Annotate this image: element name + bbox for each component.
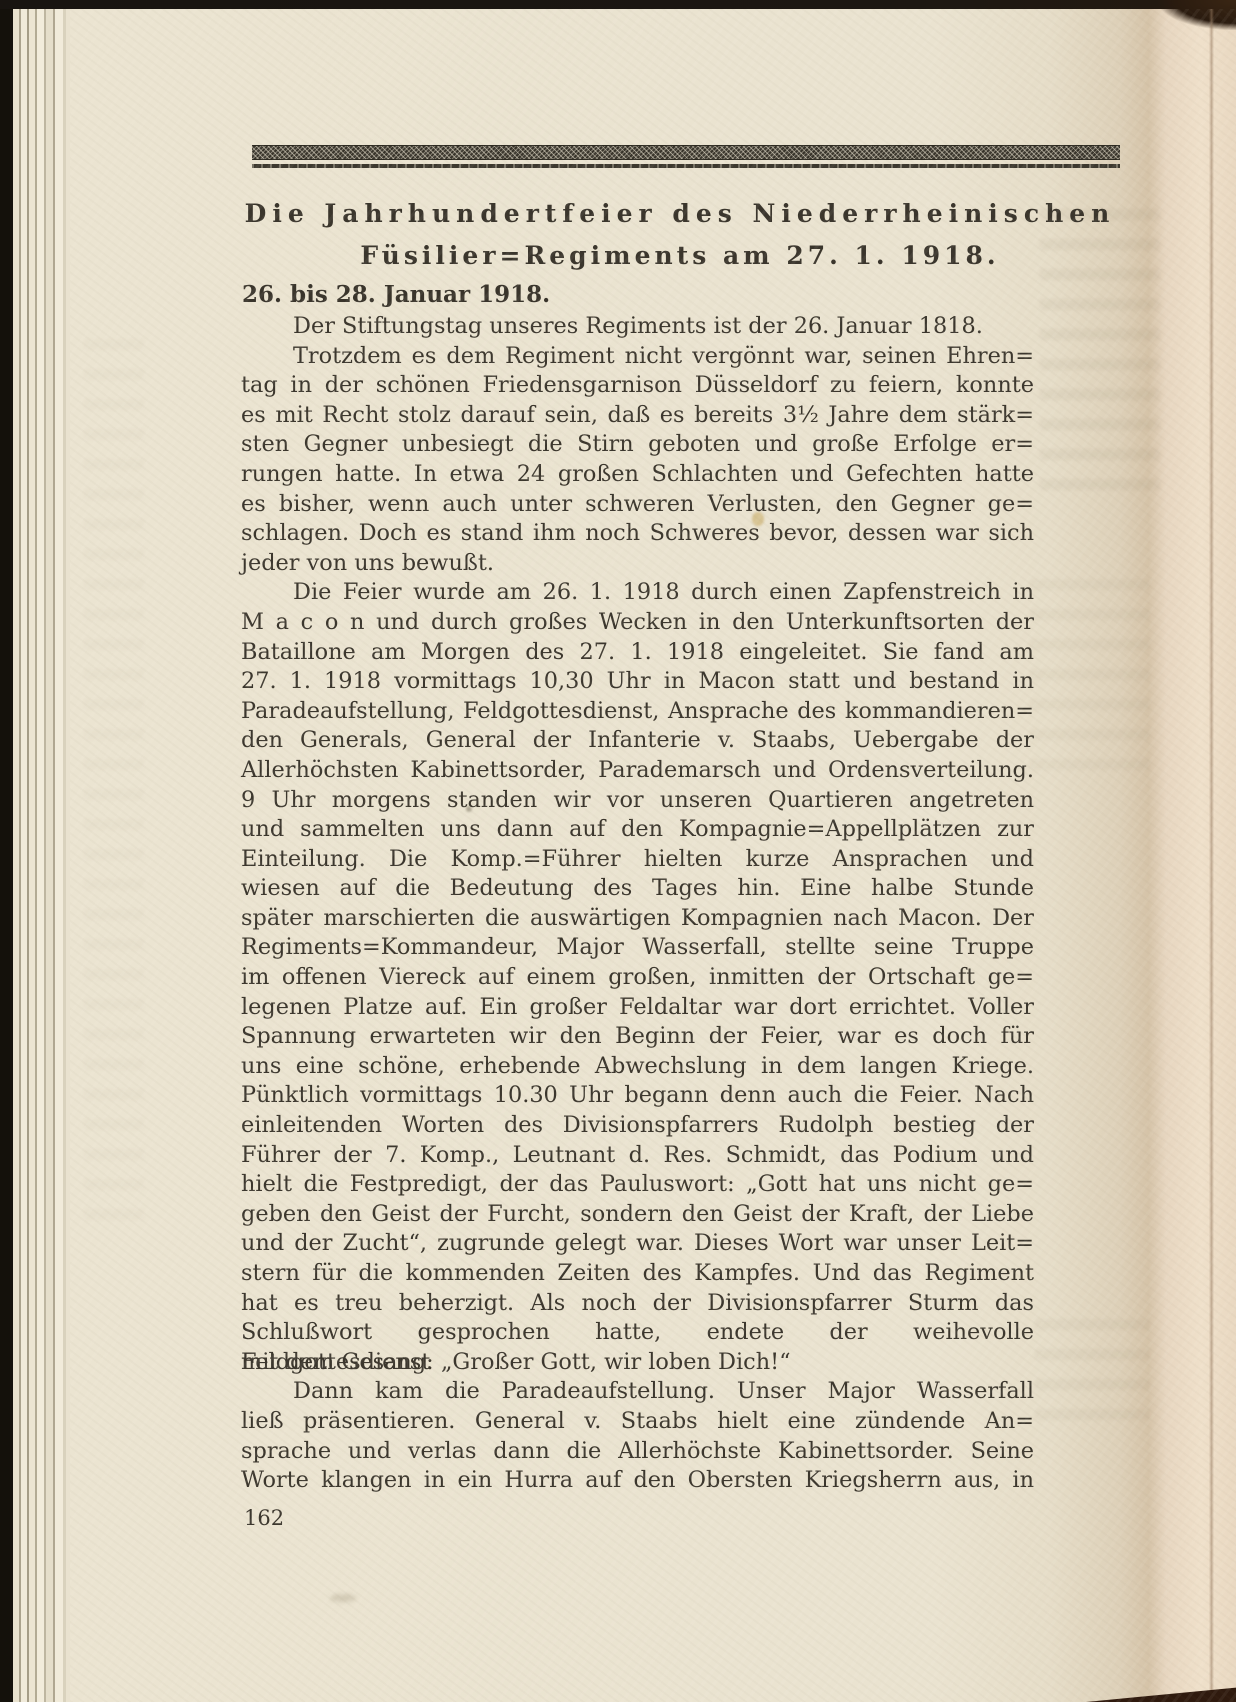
page-gutter-crease (1209, 9, 1214, 1702)
ornamental-rule (252, 145, 1120, 168)
body-line: es mit Recht stolz darauf sein, daß es b… (241, 401, 1034, 431)
body-line: 27. 1. 1918 vormittags 10,30 Uhr in Maco… (241, 667, 1034, 697)
body-line: uns eine schöne, erhebende Abwechslung i… (241, 1052, 1034, 1082)
paragraph: Dann kam die Paradeaufstellung. Unser Ma… (241, 1377, 1034, 1495)
body-line: und der Zucht“, zugrunde gelegt war. Die… (241, 1229, 1034, 1259)
body-line: Der Stiftungstag unseres Regiments ist d… (241, 312, 1034, 342)
body-line: Spannung erwarteten wir den Beginn der F… (241, 1022, 1034, 1052)
body-line: Bataillone am Morgen des 27. 1. 1918 ein… (241, 638, 1034, 668)
paragraph: Der Stiftungstag unseres Regiments ist d… (241, 312, 1034, 342)
body-line: Dann kam die Paradeaufstellung. Unser Ma… (241, 1377, 1034, 1407)
body-line: Die Feier wurde am 26. 1. 1918 durch ein… (241, 578, 1034, 608)
body-line: Schlußwort gesprochen hatte, endete der … (241, 1318, 1034, 1348)
book-page-edges (0, 9, 70, 1702)
scanned-book-page: { "colors": { "paper": "#eae3d0", "ink":… (0, 0, 1236, 1702)
date-heading: 26. bis 28. Januar 1918. (242, 281, 550, 308)
body-line: stern für die kommenden Zeiten des Kampf… (241, 1259, 1034, 1289)
body-line: rungen hatte. In etwa 24 großen Schlacht… (241, 460, 1034, 490)
body-line: schlagen. Doch es stand ihm noch Schwere… (241, 519, 1034, 549)
body-line: und sammelten uns dann auf den Kompagnie… (241, 815, 1034, 845)
body-line: Paradeaufstellung, Feldgottesdienst, Ans… (241, 697, 1034, 727)
body-line: Führer der 7. Komp., Leutnant d. Res. Sc… (241, 1141, 1034, 1171)
body-line: Trotzdem es dem Regiment nicht vergönnt … (241, 342, 1034, 372)
body-line: geben den Geist der Furcht, sondern den … (241, 1200, 1034, 1230)
body-text-column: Der Stiftungstag unseres Regiments ist d… (241, 312, 1034, 1496)
chapter-heading-line2: Füsilier=Regiments am 27. 1. 1918. (240, 235, 1120, 277)
body-line: jeder von uns bewußt. (241, 549, 1034, 579)
body-line: M a c o n und durch großes Wecken in den… (241, 608, 1034, 638)
body-line: legenen Platze auf. Ein großer Feldaltar… (241, 993, 1034, 1023)
body-line: im offenen Viereck auf einem großen, inm… (241, 963, 1034, 993)
body-line: sprache und verlas dann die Allerhöchste… (241, 1437, 1034, 1467)
page-number: 162 (244, 1506, 284, 1530)
body-line: Einteilung. Die Komp.=Führer hielten kur… (241, 845, 1034, 875)
body-line: hat es treu beherzigt. Als noch der Divi… (241, 1289, 1034, 1319)
body-line: später marschierten die auswärtigen Komp… (241, 904, 1034, 934)
body-line: den Generals, General der Infanterie v. … (241, 726, 1034, 756)
chapter-heading: Die Jahrhundertfeier des Niederrheinisch… (240, 193, 1120, 277)
ornamental-rule-thick-bar (252, 145, 1120, 160)
binding-top-edge (0, 0, 1236, 9)
paragraph: Die Feier wurde am 26. 1. 1918 durch ein… (241, 578, 1034, 1377)
body-line: tag in der schönen Friedensgarnison Düss… (241, 371, 1034, 401)
body-line: sten Gegner unbesiegt die Stirn geboten … (241, 430, 1034, 460)
ornamental-rule-thin-bar (252, 164, 1120, 168)
paragraph: Trotzdem es dem Regiment nicht vergönnt … (241, 342, 1034, 579)
body-line: mit dem Gesang: „Großer Gott, wir loben … (241, 1348, 1034, 1378)
body-line: Regiments=Kommandeur, Major Wasserfall, … (241, 933, 1034, 963)
body-line: 9 Uhr morgens standen wir vor unseren Qu… (241, 786, 1034, 816)
body-line: Pünktlich vormittags 10.30 Uhr begann de… (241, 1081, 1034, 1111)
chapter-heading-line1: Die Jahrhundertfeier des Niederrheinisch… (240, 193, 1120, 235)
body-line: ließ präsentieren. General v. Staabs hie… (241, 1407, 1034, 1437)
body-line: Worte klangen in ein Hurra auf den Obers… (241, 1466, 1034, 1496)
body-line: hielt die Festpredigt, der das Pauluswor… (241, 1170, 1034, 1200)
binding-top-right-corner (1158, 0, 1236, 30)
body-line: einleitenden Worten des Divisionspfarrer… (241, 1111, 1034, 1141)
body-line: es bisher, wenn auch unter schweren Verl… (241, 490, 1034, 520)
body-line: Allerhöchsten Kabinettsorder, Parademars… (241, 756, 1034, 786)
body-line: wiesen auf die Bedeutung des Tages hin. … (241, 874, 1034, 904)
